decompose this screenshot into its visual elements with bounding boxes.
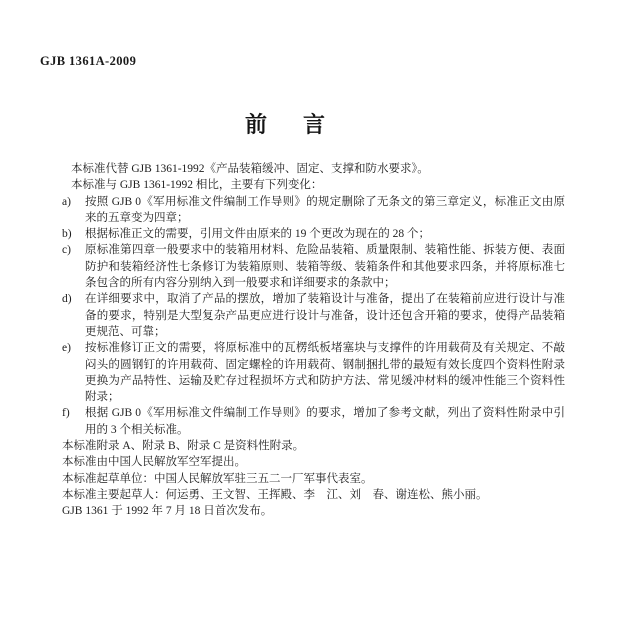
change-item-e-label: e): [62, 340, 71, 356]
paragraph-changes-intro: 本标准与 GJB 1361-1992 相比，主要有下列变化：: [62, 177, 565, 193]
title-char-qian: 前: [245, 112, 267, 137]
standard-number: GJB 1361A-2009: [40, 54, 136, 69]
title-char-yan: 言: [303, 112, 325, 137]
foreword-body: 本标准代替 GJB 1361-1992《产品装箱缓冲、固定、支撑和防水要求》。 …: [62, 161, 565, 520]
change-item-d-text: 在详细要求中，取消了产品的摆放，增加了装箱设计与准备，提出了在装箱前应进行设计与…: [85, 293, 565, 338]
paragraph-drafting-unit: 本标准起草单位：中国人民解放军驻三五二一厂军事代表室。: [62, 471, 565, 487]
change-item-e-text: 按标准修订正文的需要，将原标准中的瓦楞纸板堵塞块与支撑件的许用载荷及有关规定、不…: [85, 342, 565, 403]
change-item-f: f) 根据 GJB 0《军用标准文件编制工作导则》的要求，增加了参考文献，列出了…: [62, 405, 565, 438]
change-item-d-label: d): [62, 291, 72, 307]
paragraph-annex-note: 本标准附录 A、附录 B、附录 C 是资料性附录。: [62, 438, 565, 454]
page-title: 前言: [0, 108, 570, 139]
change-item-a-label: a): [62, 194, 71, 210]
change-item-d: d) 在详细要求中，取消了产品的摆放，增加了装箱设计与准备，提出了在装箱前应进行…: [62, 291, 565, 340]
change-item-e: e) 按标准修订正文的需要，将原标准中的瓦楞纸板堵塞块与支撑件的许用载荷及有关规…: [62, 340, 565, 405]
change-item-c-label: c): [62, 242, 71, 258]
change-item-f-label: f): [62, 405, 70, 421]
change-item-b-text: 根据标准正文的需要，引用文件由原来的 19 个更改为现在的 28 个；: [85, 228, 430, 240]
change-item-b-label: b): [62, 226, 72, 242]
change-item-c-text: 原标准第四章一般要求中的装箱用材料、危险品装箱、质量限制、装箱性能、拆装方便、表…: [85, 244, 565, 289]
paragraph-supersedes: 本标准代替 GJB 1361-1992《产品装箱缓冲、固定、支撑和防水要求》。: [62, 161, 565, 177]
paragraph-drafters: 本标准主要起草人：何运勇、王文智、王挥殿、李 江、刘 春、谢连松、熊小丽。: [62, 487, 565, 503]
document-page: GJB 1361A-2009 前言 本标准代替 GJB 1361-1992《产品…: [0, 0, 627, 628]
paragraph-proposed-by: 本标准由中国人民解放军空军提出。: [62, 454, 565, 470]
change-item-b: b) 根据标准正文的需要，引用文件由原来的 19 个更改为现在的 28 个；: [62, 226, 565, 242]
change-item-c: c) 原标准第四章一般要求中的装箱用材料、危险品装箱、质量限制、装箱性能、拆装方…: [62, 242, 565, 291]
change-item-f-text: 根据 GJB 0《军用标准文件编制工作导则》的要求，增加了参考文献，列出了资料性…: [85, 407, 565, 435]
change-item-a: a) 按照 GJB 0《军用标准文件编制工作导则》的规定删除了无条文的第三章定义…: [62, 194, 565, 227]
paragraph-first-issue: GJB 1361 于 1992 年 7 月 18 日首次发布。: [62, 503, 565, 519]
change-item-a-text: 按照 GJB 0《军用标准文件编制工作导则》的规定删除了无条文的第三章定义，标准…: [85, 196, 565, 224]
